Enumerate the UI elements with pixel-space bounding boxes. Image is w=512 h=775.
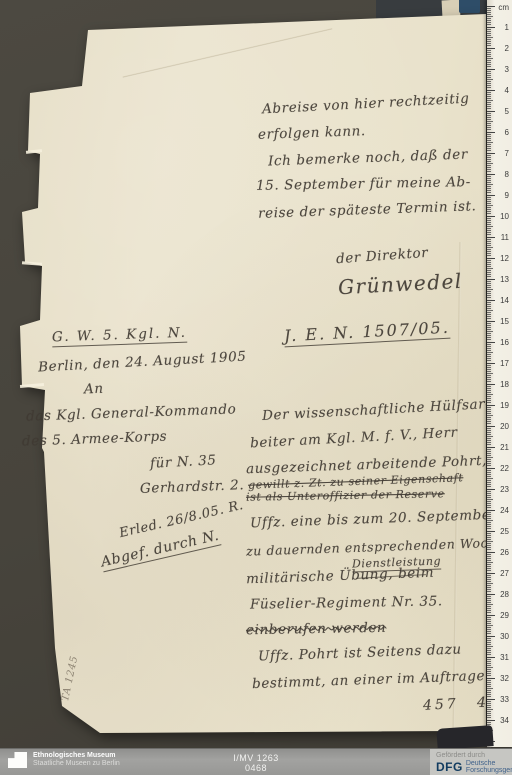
ruler-tick — [487, 449, 491, 450]
ruler-tick — [487, 35, 491, 36]
ruler-tick — [487, 138, 491, 139]
ruler-tick — [487, 318, 491, 319]
ruler-tick — [487, 268, 493, 269]
ruler-tick — [487, 241, 491, 242]
ruler-tick — [487, 413, 491, 414]
ruler-tick — [487, 306, 491, 307]
ruler-tick — [487, 69, 495, 70]
ruler-tick — [487, 659, 491, 660]
ruler-tick — [487, 562, 493, 563]
ruler-tick — [487, 92, 491, 93]
ruler-tick — [487, 629, 491, 630]
ruler-tick — [487, 85, 491, 86]
ruler-tick — [487, 631, 491, 632]
ruler-number: 9 — [505, 191, 509, 200]
ruler-tick — [487, 266, 491, 267]
ruler-tick — [487, 606, 491, 607]
ruler-tick — [487, 549, 491, 550]
ruler-tick — [487, 272, 491, 273]
ruler-tick — [487, 83, 491, 84]
ruler-tick — [487, 566, 491, 567]
ruler-tick — [487, 327, 491, 328]
ruler-number: 34 — [500, 716, 509, 725]
ruler-tick — [487, 373, 493, 374]
ruler-tick — [487, 312, 491, 313]
ruler-tick — [487, 321, 495, 322]
ruler-tick — [487, 417, 491, 418]
ruler-tick — [487, 371, 491, 372]
ruler-tick — [487, 608, 491, 609]
ruler-tick — [487, 636, 495, 637]
ruler-tick — [487, 470, 491, 471]
ruler-tick — [487, 37, 493, 38]
ruler-tick — [487, 623, 491, 624]
ruler-tick — [487, 545, 491, 546]
ruler-tick — [487, 73, 491, 74]
ruler-tick — [487, 686, 491, 687]
ruler-tick — [487, 713, 491, 714]
ruler-tick — [487, 615, 495, 616]
ruler-tick — [487, 407, 491, 408]
ruler-tick — [487, 705, 491, 706]
ruler-number: 25 — [500, 527, 509, 536]
ruler-tick — [487, 314, 491, 315]
ruler-tick — [487, 251, 491, 252]
ruler-tick — [487, 671, 491, 672]
ruler-tick — [487, 211, 491, 212]
ruler-tick — [487, 279, 495, 280]
ruler-tick — [487, 98, 491, 99]
ruler-tick — [487, 512, 491, 513]
ruler-tick — [487, 348, 491, 349]
ruler-tick — [487, 169, 491, 170]
ruler-tick — [487, 245, 491, 246]
ruler-tick — [487, 136, 491, 137]
ruler-tick — [487, 262, 491, 263]
ruler-tick — [487, 665, 491, 666]
ruler-tick — [487, 579, 491, 580]
ruler-tick — [487, 405, 495, 406]
ruler-tick — [487, 699, 495, 700]
ruler-tick — [487, 442, 491, 443]
scan-viewer: Abreise von hier rechtzeitig erfolgen ka… — [0, 0, 512, 775]
ruler-tick — [487, 711, 491, 712]
ruler-number: 26 — [500, 548, 509, 557]
ruler-tick — [487, 188, 491, 189]
ruler-tick — [487, 140, 491, 141]
ruler-tick — [487, 81, 491, 82]
ruler-tick — [487, 505, 491, 506]
ruler-tick — [487, 524, 491, 525]
ruler-tick — [487, 127, 491, 128]
ruler-tick — [487, 682, 491, 683]
ruler-tick — [487, 192, 491, 193]
ruler-tick — [487, 507, 491, 508]
ruler-number: 10 — [500, 212, 509, 221]
ruler-tick — [487, 234, 491, 235]
ruler-tick — [487, 377, 491, 378]
ruler-tick — [487, 75, 491, 76]
ruler-tick — [487, 66, 491, 67]
ruler-tick — [487, 703, 491, 704]
ruler-tick — [487, 722, 491, 723]
ruler-tick — [487, 543, 491, 544]
ruler-tick — [487, 447, 495, 448]
ruler-tick — [487, 308, 491, 309]
funding-pretext: Gefördert durch — [436, 752, 512, 759]
ruler-tick — [487, 142, 493, 143]
ruler-number: 16 — [500, 338, 509, 347]
ruler-tick — [487, 663, 491, 664]
ruler-tick — [487, 243, 491, 244]
ruler-tick — [487, 501, 491, 502]
ruler-tick — [487, 499, 493, 500]
ruler-tick — [487, 363, 495, 364]
ruler-tick — [487, 440, 491, 441]
ruler-tick — [487, 526, 491, 527]
ruler-tick — [487, 197, 491, 198]
ruler-tick — [487, 386, 491, 387]
ruler-tick — [487, 289, 493, 290]
ruler-tick — [487, 688, 493, 689]
ruler-tick — [487, 486, 491, 487]
ruler-tick — [487, 528, 491, 529]
ruler-tick — [487, 249, 491, 250]
ruler-tick — [487, 480, 491, 481]
ruler-tick — [487, 291, 491, 292]
ruler-number: 11 — [501, 233, 509, 242]
ruler-tick — [487, 384, 495, 385]
ruler-tick — [487, 287, 491, 288]
ruler-tick — [487, 478, 493, 479]
ruler-tick — [487, 71, 491, 72]
ruler-tick — [487, 304, 491, 305]
ruler-tick — [487, 108, 491, 109]
funding-block: Gefördert durch DFG Deutsche Forschungsg… — [430, 749, 512, 775]
ruler-tick — [487, 594, 495, 595]
ruler-tick — [487, 33, 491, 34]
ruler-unit-label: cm — [498, 3, 509, 12]
ruler-tick — [487, 409, 491, 410]
ruler-tick — [487, 106, 491, 107]
ruler-tick — [487, 56, 491, 57]
ruler-tick — [487, 50, 491, 51]
ruler-tick — [487, 644, 491, 645]
ruler-tick — [487, 22, 491, 23]
ruler-tick — [487, 264, 491, 265]
ruler-tick — [487, 552, 495, 553]
ruler-tick — [487, 27, 495, 28]
ruler-tick — [487, 94, 491, 95]
ruler-tick — [487, 176, 491, 177]
ruler-tick — [487, 203, 491, 204]
ruler-tick — [487, 148, 491, 149]
ruler-tick — [487, 153, 495, 154]
ruler-tick — [487, 503, 491, 504]
ruler-tick — [487, 589, 491, 590]
ruler-tick — [487, 720, 495, 721]
ruler-number: 3 — [505, 65, 509, 74]
ruler-tick — [487, 430, 491, 431]
ruler-tick — [487, 600, 491, 601]
ruler-tick — [487, 602, 491, 603]
ruler-tick — [487, 310, 493, 311]
ruler-tick — [487, 650, 491, 651]
ruler-tick — [487, 558, 491, 559]
ruler-tick — [487, 352, 493, 353]
ruler-number: 29 — [500, 611, 509, 620]
ruler-tick — [487, 293, 491, 294]
ruler-tick — [487, 463, 491, 464]
ruler-number: 4 — [505, 86, 509, 95]
ruler-tick — [487, 117, 491, 118]
ruler-tick — [487, 337, 491, 338]
handwriting-line-struck: einberufen werden — [246, 620, 387, 638]
ruler-tick — [487, 625, 493, 626]
ruler-tick — [487, 295, 491, 296]
ruler-tick — [487, 673, 491, 674]
ruler-tick — [487, 18, 491, 19]
ruler-tick — [487, 48, 495, 49]
page-clamp — [436, 725, 493, 750]
ruler-tick — [487, 6, 495, 7]
ruler-tick — [487, 64, 491, 65]
funding-name-line2: Forschungsgemeinschaft — [466, 767, 512, 774]
ruler-tick — [487, 150, 491, 151]
ruler-tick — [487, 617, 491, 618]
ruler-tick — [487, 230, 491, 231]
ruler-tick — [487, 29, 491, 30]
ruler-tick — [487, 539, 491, 540]
ruler-tick — [487, 472, 491, 473]
ruler-tick — [487, 365, 491, 366]
ruler-tick — [487, 583, 493, 584]
ruler-tick — [487, 195, 495, 196]
ruler-tick — [487, 331, 493, 332]
ruler-tick — [487, 709, 493, 710]
scan-footer-bar: Ethnologisches Museum Staatliche Museen … — [0, 748, 512, 775]
ruler-tick — [487, 516, 491, 517]
ruler-tick — [487, 610, 491, 611]
ruler-number: 5 — [505, 107, 509, 116]
page-number-partial: 4 — [477, 695, 487, 711]
ruler-tick — [487, 220, 491, 221]
ruler-tick — [487, 121, 493, 122]
ruler-tick — [487, 113, 491, 114]
ruler-tick — [487, 232, 491, 233]
ruler-number: 8 — [505, 170, 509, 179]
ruler-tick — [487, 455, 491, 456]
ruler-tick — [487, 182, 491, 183]
ruler-tick — [487, 638, 491, 639]
ruler-tick — [487, 535, 491, 536]
ruler-tick — [487, 237, 495, 238]
ruler-number: 30 — [500, 632, 509, 641]
ruler-tick — [487, 396, 491, 397]
ruler-tick — [487, 510, 495, 511]
ruler-tick — [487, 218, 491, 219]
ruler-tick — [487, 159, 491, 160]
ruler: cm 1234567891011121314151617181920212223… — [487, 0, 512, 747]
ruler-tick — [487, 696, 491, 697]
ruler-tick — [487, 276, 491, 277]
ruler-tick — [487, 692, 491, 693]
ruler-tick — [487, 270, 491, 271]
ruler-tick — [487, 285, 491, 286]
ruler-tick — [487, 104, 491, 105]
ruler-tick — [487, 694, 491, 695]
ruler-tick — [487, 633, 491, 634]
handwriting-line: Füselier-Regiment Nr. 35. — [250, 593, 443, 612]
ruler-tick — [487, 556, 491, 557]
ruler-tick — [487, 333, 491, 334]
ruler-tick — [487, 392, 491, 393]
ruler-tick — [487, 222, 491, 223]
ruler-tick — [487, 358, 491, 359]
ruler-number: 22 — [500, 464, 509, 473]
ruler-tick — [487, 394, 493, 395]
ruler-tick — [487, 209, 491, 210]
ruler-tick — [487, 398, 491, 399]
ruler-tick — [487, 453, 491, 454]
ruler-tick — [487, 491, 491, 492]
ruler-tick — [487, 537, 491, 538]
ruler-tick — [487, 316, 491, 317]
ruler-number: 7 — [505, 149, 509, 158]
ruler-tick — [487, 180, 491, 181]
ruler-tick — [487, 134, 491, 135]
ruler-tick — [487, 476, 491, 477]
ruler-tick — [487, 339, 491, 340]
ruler-tick — [487, 258, 495, 259]
ruler-tick — [487, 438, 491, 439]
ruler-tick — [487, 717, 491, 718]
ruler-tick — [487, 484, 491, 485]
ruler-tick — [487, 157, 491, 158]
ruler-tick — [487, 111, 495, 112]
ruler-tick — [487, 459, 491, 460]
ruler-tick — [487, 281, 491, 282]
ruler-tick — [487, 216, 495, 217]
ruler-tick — [487, 680, 491, 681]
ruler-tick — [487, 167, 491, 168]
ruler-tick — [487, 14, 491, 15]
ruler-tick — [487, 79, 493, 80]
ruler-tick — [487, 253, 491, 254]
ruler-tick — [487, 52, 491, 53]
ruler-tick — [487, 654, 491, 655]
ruler-tick — [487, 129, 491, 130]
ruler-tick — [487, 260, 491, 261]
ruler-tick — [487, 342, 495, 343]
ruler-tick — [487, 436, 493, 437]
ruler-tick — [487, 213, 491, 214]
ruler-tick — [487, 652, 491, 653]
ruler-tick — [487, 16, 493, 17]
ruler-number: 19 — [500, 401, 509, 410]
ruler-tick — [487, 146, 491, 147]
ruler-tick — [487, 541, 493, 542]
ruler-tick — [487, 531, 495, 532]
ruler-tick — [487, 577, 491, 578]
ruler-tick — [487, 155, 491, 156]
page-number: 457 — [423, 696, 460, 714]
ruler-tick — [487, 627, 491, 628]
ruler-tick — [487, 518, 491, 519]
ruler-tick — [487, 657, 495, 658]
ruler-tick — [487, 283, 491, 284]
ruler-tick — [487, 423, 491, 424]
ruler-tick — [487, 648, 491, 649]
ruler-tick — [487, 297, 491, 298]
ruler-tick — [487, 186, 491, 187]
ruler-tick — [487, 247, 493, 248]
ruler-tick — [487, 568, 491, 569]
ruler-tick — [487, 87, 491, 88]
ruler-tick — [487, 520, 493, 521]
ruler-tick — [487, 619, 491, 620]
ruler-tick — [487, 43, 491, 44]
ruler-tick — [487, 174, 495, 175]
ruler-tick — [487, 495, 491, 496]
ruler-tick — [487, 415, 493, 416]
ruler-tick — [487, 707, 491, 708]
ruler-tick — [487, 228, 491, 229]
ruler-tick — [487, 522, 491, 523]
ruler-tick — [487, 434, 491, 435]
ruler-tick — [487, 62, 491, 63]
ruler-tick — [487, 226, 493, 227]
ruler-tick — [487, 8, 491, 9]
ruler-tick — [487, 274, 491, 275]
ruler-number: 32 — [500, 674, 509, 683]
ruler-tick — [487, 201, 491, 202]
ruler-tick — [487, 514, 491, 515]
ruler-tick — [487, 675, 491, 676]
ruler-tick — [487, 325, 491, 326]
ruler-tick — [487, 457, 493, 458]
ruler-tick — [487, 587, 491, 588]
ruler-tick — [487, 598, 491, 599]
ruler-tick — [487, 690, 491, 691]
ruler-tick — [487, 199, 491, 200]
ruler-number: 24 — [500, 506, 509, 515]
ruler-tick — [487, 570, 491, 571]
ruler-tick — [487, 426, 495, 427]
ruler-tick — [487, 585, 491, 586]
dfg-logo: DFG — [436, 760, 463, 774]
ruler-number: 20 — [500, 422, 509, 431]
ruler-tick — [487, 497, 491, 498]
ruler-tick — [487, 184, 493, 185]
ruler-number: 15 — [500, 317, 509, 326]
ruler-tick — [487, 465, 491, 466]
ruler-tick — [487, 684, 491, 685]
ruler-number: 23 — [500, 485, 509, 494]
ruler-number: 17 — [500, 359, 509, 368]
ruler-tick — [487, 12, 491, 13]
ruler-tick — [487, 161, 491, 162]
ruler-tick — [487, 302, 491, 303]
ruler-tick — [487, 428, 491, 429]
ruler-tick — [487, 402, 491, 403]
ruler-number: 18 — [500, 380, 509, 389]
ruler-tick — [487, 54, 491, 55]
ruler-tick — [487, 90, 495, 91]
ruler-tick — [487, 482, 491, 483]
ruler-tick — [487, 360, 491, 361]
ruler-tick — [487, 381, 491, 382]
